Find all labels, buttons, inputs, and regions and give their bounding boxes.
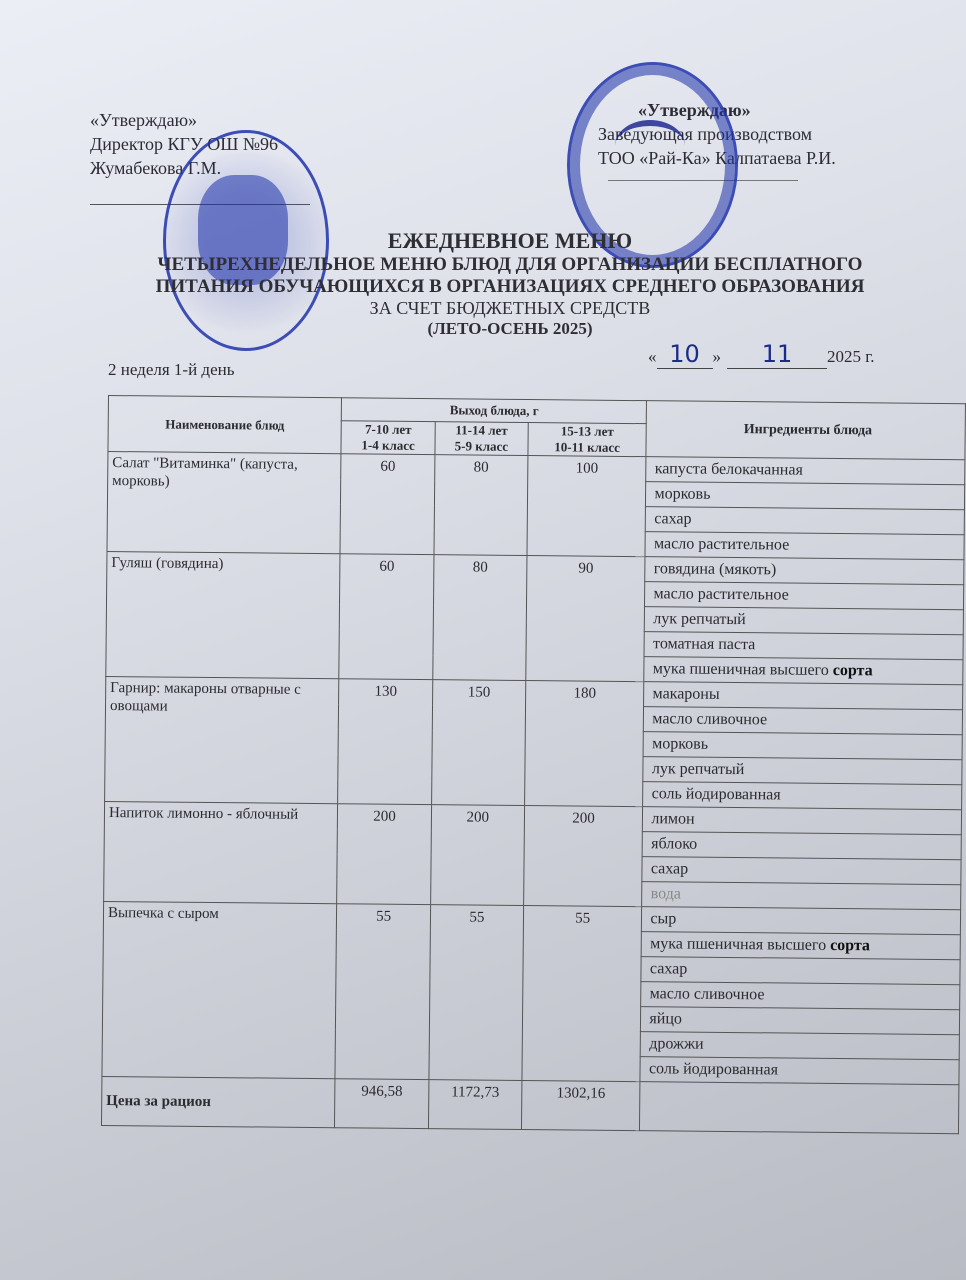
date-year: 2025 г. — [827, 347, 875, 366]
title-line: ЗА СЧЕТ БЮДЖЕТНЫХ СРЕДСТВ — [110, 298, 910, 319]
ingredient-item: сахар — [646, 507, 965, 535]
ingredient-item: морковь — [646, 482, 965, 510]
yield-group-2: 80 — [434, 455, 528, 556]
yield-group-3: 200 — [523, 806, 643, 907]
ingredient-item: лимон — [643, 807, 962, 835]
dish-name: Гуляш (говядина) — [106, 551, 340, 678]
dish-name: Напиток лимонно - яблочный — [104, 801, 338, 903]
ingredient-item: масло сливочное — [644, 707, 963, 735]
yield-group-3: 180 — [524, 681, 644, 807]
total-group-1: 946,58 — [335, 1079, 429, 1129]
yield-group-2: 150 — [432, 680, 526, 806]
ingredient-item: сахар — [642, 857, 961, 885]
ingredient-item: вода — [642, 882, 961, 910]
header-yield: Выход блюда, г — [341, 398, 646, 424]
title-season: (ЛЕТО-ОСЕНЬ 2025) — [110, 319, 910, 339]
ingredient-item: яблоко — [643, 832, 962, 860]
ingredient-item: соль йодированная — [643, 782, 962, 810]
document-page: «Утверждаю» Директор КГУ ОШ №96 Жумабеко… — [0, 0, 966, 1280]
header-dish-name: Наименование блюд — [108, 396, 342, 454]
ingredient-item: мука пшеничная высшего сорта — [642, 932, 961, 960]
signature-line — [608, 180, 798, 181]
header-age-group-3: 15-13 лет10-11 класс — [528, 423, 647, 457]
ingredient-item: сахар — [641, 957, 960, 985]
yield-group-2: 55 — [429, 905, 523, 1081]
ingredient-item: масло растительное — [645, 582, 964, 610]
total-group-3: 1302,16 — [521, 1081, 640, 1131]
yield-group-2: 200 — [431, 805, 525, 906]
approval-name: Жумабекова Г.М. — [90, 156, 278, 180]
ingredient-item: яйцо — [641, 1007, 960, 1035]
header-ingredients: Ингредиенты блюда — [646, 401, 965, 460]
approval-block-right: «Утверждаю» Заведующая производством ТОО… — [598, 98, 836, 170]
title-main: ЕЖЕДНЕВНОЕ МЕНЮ — [110, 228, 910, 254]
yield-group-2: 80 — [433, 555, 527, 681]
menu-table: Наименование блюд Выход блюда, г Ингреди… — [101, 395, 966, 1134]
quote: » — [713, 347, 722, 366]
total-empty-cell — [640, 1082, 959, 1134]
yield-group-1: 130 — [338, 679, 433, 805]
ingredient-item: масло растительное — [645, 532, 964, 560]
yield-group-1: 200 — [337, 804, 432, 905]
approval-heading: «Утверждаю» — [90, 108, 278, 132]
dish-name: Выпечка с сыром — [102, 901, 337, 1078]
week-day-label: 2 неделя 1-й день — [108, 360, 234, 380]
yield-group-1: 60 — [340, 454, 435, 555]
document-date: «10»112025 г. — [648, 340, 875, 369]
signature-line — [90, 204, 310, 205]
header-age-group-1: 7-10 лет1-4 класс — [341, 421, 435, 455]
total-row: Цена за рацион946,581172,731302,16 — [101, 1076, 958, 1133]
ingredient-item: мука пшеничная высшего сорта — [644, 657, 963, 685]
dish-name: Гарнир: макароны отварные с овощами — [105, 676, 339, 803]
ingredient-item: лук репчатый — [645, 607, 964, 635]
yield-group-3: 90 — [526, 556, 646, 682]
title-line: ЧЕТЫРЕХНЕДЕЛЬНОЕ МЕНЮ БЛЮД ДЛЯ ОРГАНИЗАЦ… — [110, 254, 910, 276]
dish-name: Салат "Витаминка" (капуста, морковь) — [107, 452, 341, 554]
total-group-2: 1172,73 — [428, 1080, 521, 1130]
yield-group-1: 55 — [335, 904, 430, 1080]
ingredient-item: морковь — [643, 732, 962, 760]
ingredient-item: дрожжи — [641, 1032, 960, 1060]
title-line: ПИТАНИЯ ОБУЧАЮЩИХСЯ В ОРГАНИЗАЦИЯХ СРЕДН… — [110, 276, 910, 298]
quote: « — [648, 347, 657, 366]
date-month: 11 — [727, 340, 827, 369]
ingredient-item: томатная паста — [644, 632, 963, 660]
date-day: 10 — [657, 340, 713, 369]
yield-group-1: 60 — [339, 554, 434, 680]
approval-position: Директор КГУ ОШ №96 — [90, 132, 278, 156]
header-age-group-2: 11-14 лет5-9 класс — [435, 422, 528, 456]
yield-group-3: 55 — [522, 906, 642, 1082]
ingredient-item: сыр — [642, 907, 961, 935]
approval-block-left: «Утверждаю» Директор КГУ ОШ №96 Жумабеко… — [90, 108, 278, 180]
document-title: ЕЖЕДНЕВНОЕ МЕНЮ ЧЕТЫРЕХНЕДЕЛЬНОЕ МЕНЮ БЛ… — [110, 228, 910, 339]
total-label: Цена за рацион — [101, 1076, 335, 1127]
ingredient-item: соль йодированная — [640, 1057, 959, 1085]
ingredient-item: макароны — [644, 682, 963, 710]
ingredient-item: масло сливочное — [641, 982, 960, 1010]
ingredient-item: говядина (мякоть) — [645, 557, 964, 585]
approval-name: ТОО «Рай-Ка» Калпатаева Р.И. — [598, 146, 836, 170]
ingredient-item: лук репчатый — [643, 757, 962, 785]
approval-position: Заведующая производством — [598, 122, 836, 146]
yield-group-3: 100 — [527, 456, 647, 557]
ingredient-item: капуста белокачанная — [646, 457, 965, 485]
approval-heading: «Утверждаю» — [598, 98, 836, 122]
